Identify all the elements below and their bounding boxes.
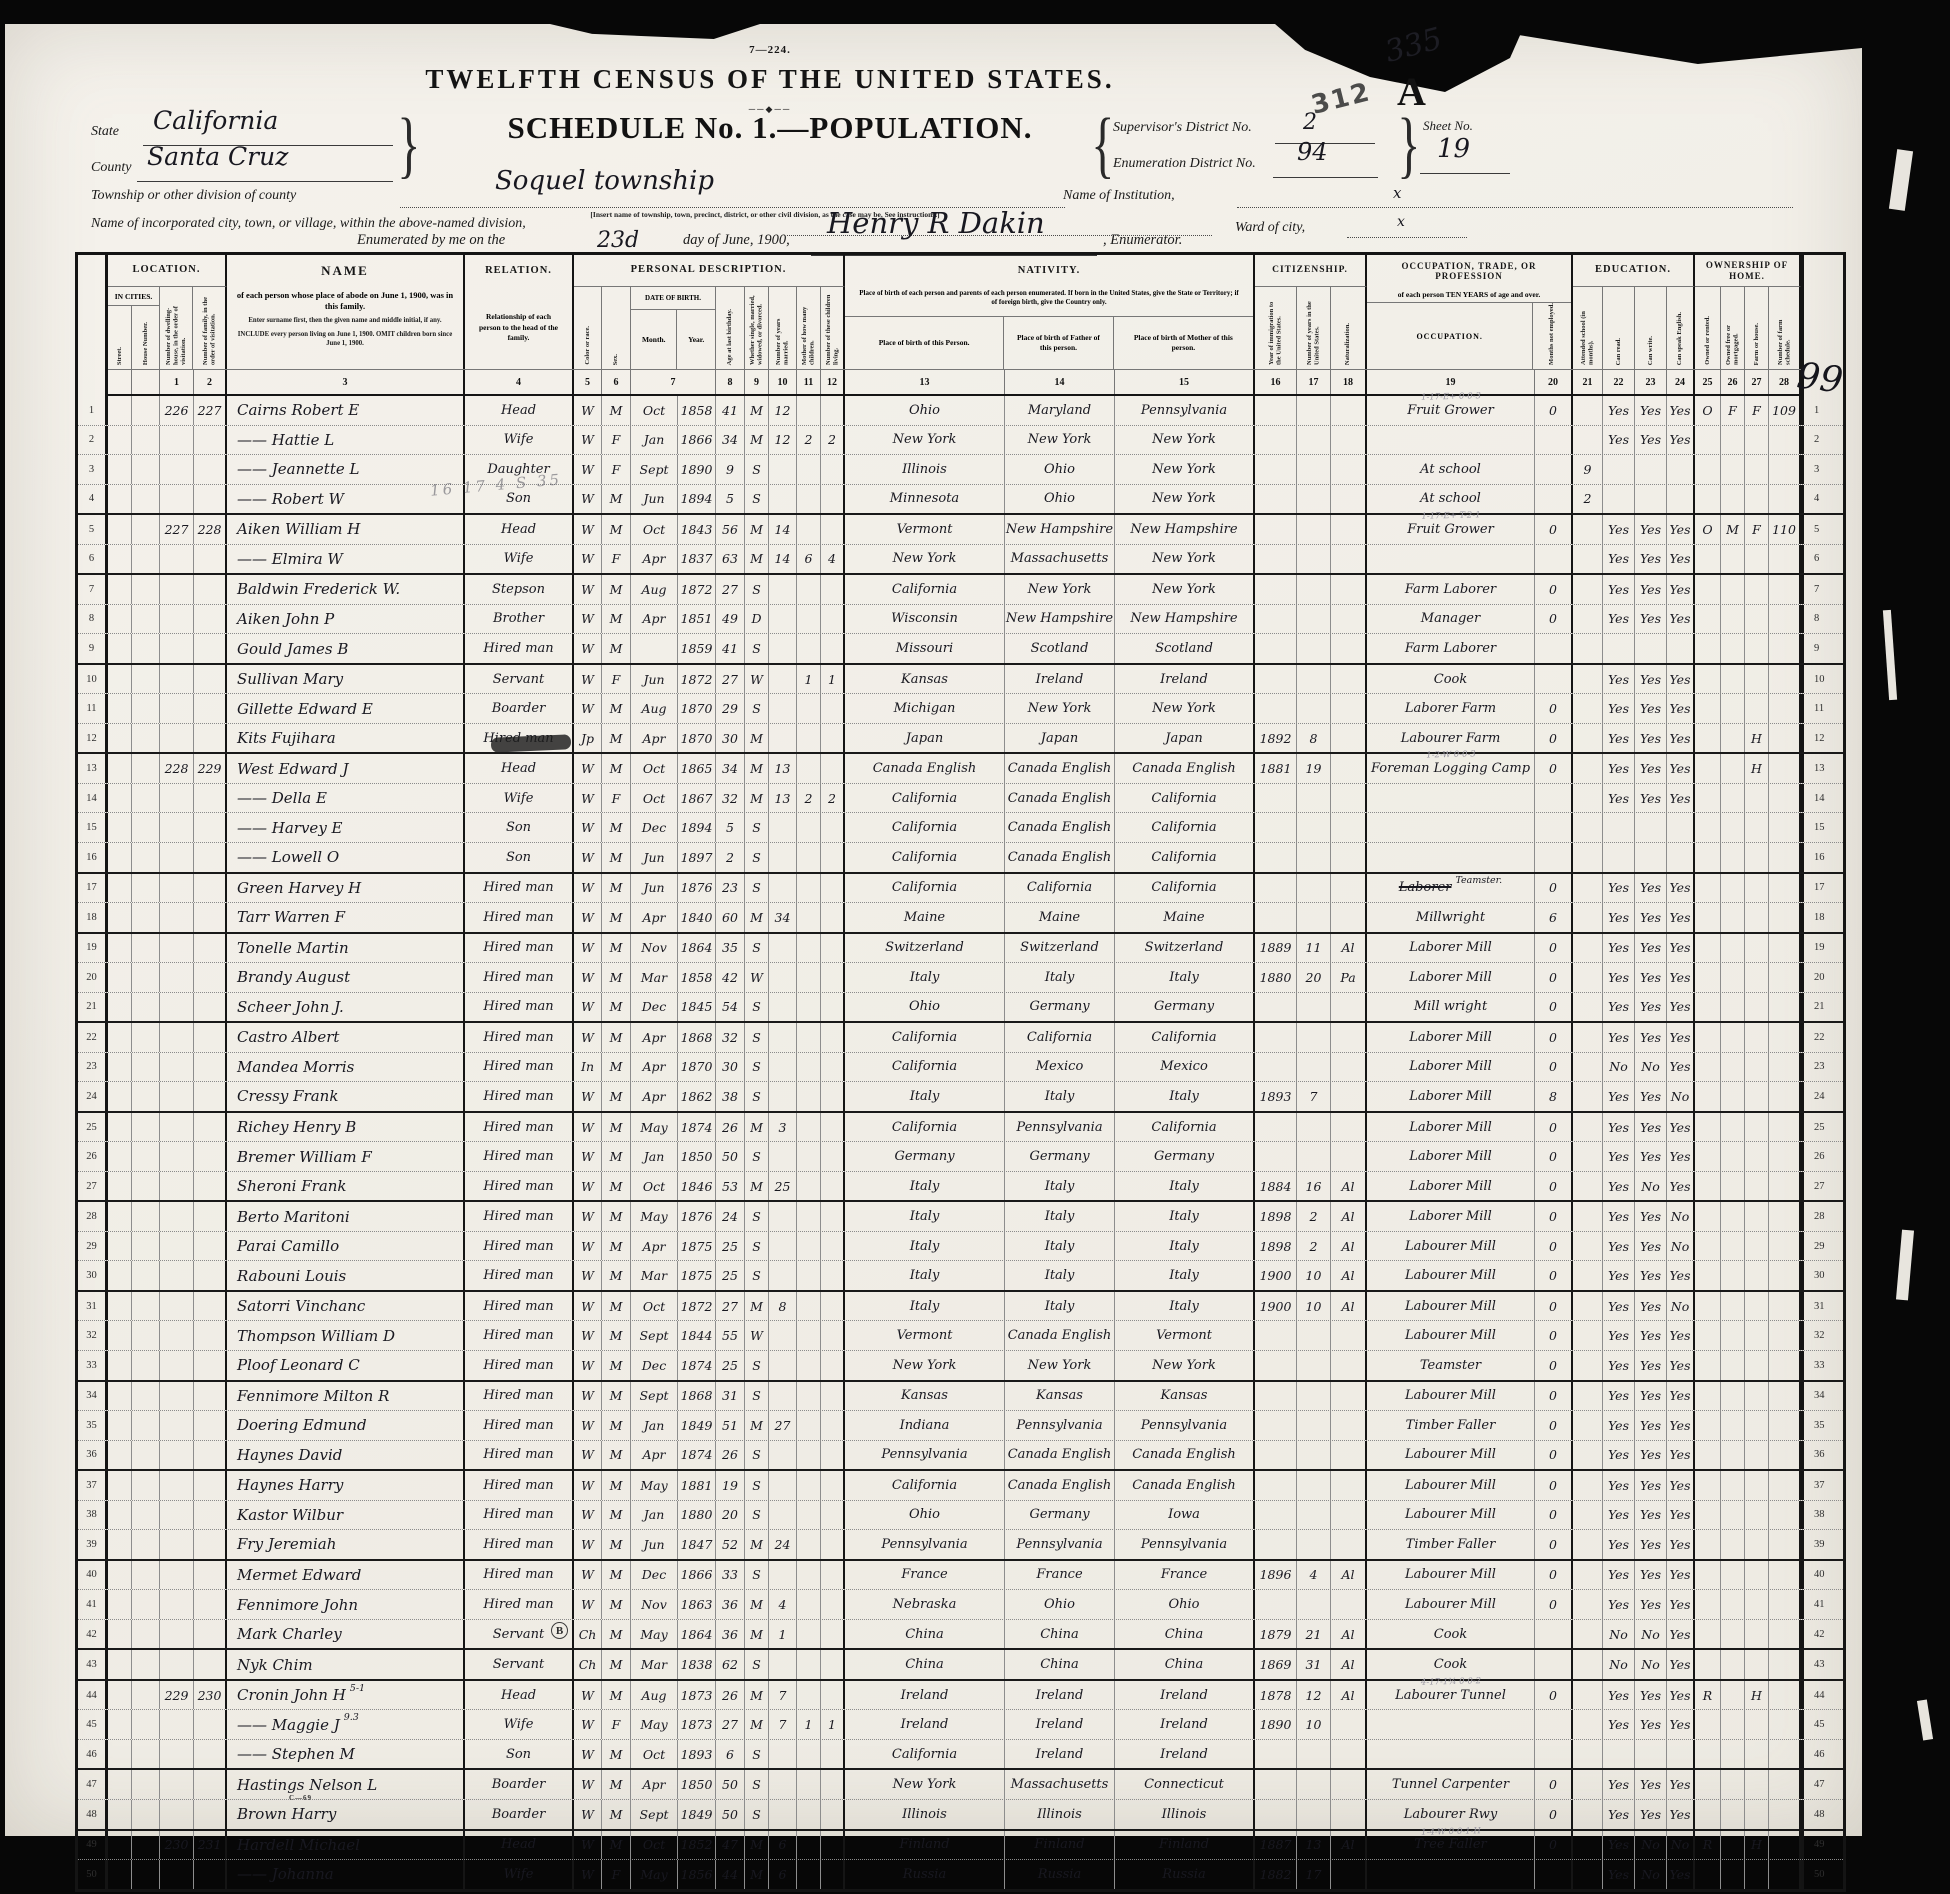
cell-immigration-year xyxy=(1255,396,1297,425)
cell-farm-schedule xyxy=(1769,1232,1801,1261)
cell-street xyxy=(108,754,132,783)
cell-birthplace-father: Germany xyxy=(1005,1501,1115,1530)
cell-naturalization xyxy=(1331,1142,1367,1171)
row-number-right: 44 xyxy=(1801,1681,1843,1710)
table-row: 48Brown HarryBoarderWMSept184950SIllinoi… xyxy=(78,1800,1843,1831)
cell-months-not-employed: 0 xyxy=(1535,1561,1573,1590)
cell-farm-schedule xyxy=(1769,1351,1801,1380)
table-row: 24Cressy FrankHired manWMApr186238SItaly… xyxy=(78,1082,1843,1113)
cell-marital-status: W xyxy=(745,665,769,694)
cell-birthplace-mother: China xyxy=(1115,1620,1255,1649)
cell-can-read xyxy=(1603,634,1635,663)
cell-color: W xyxy=(574,1261,602,1290)
cell-relation: Servant xyxy=(465,665,574,694)
cell-sex: M xyxy=(602,1351,631,1380)
table-header: LOCATION. NAME RELATION. PERSONAL DESCRI… xyxy=(78,255,1843,396)
cell-birthplace-father: Russia xyxy=(1005,1860,1115,1889)
cell-relation: Hired man xyxy=(465,1292,574,1321)
cell-sex: M xyxy=(602,1590,631,1619)
cell-farm-house xyxy=(1745,1561,1769,1590)
cell-free-mortgaged xyxy=(1721,784,1745,813)
cell-farm-house xyxy=(1745,1411,1769,1440)
cell-birth-year: 1875 xyxy=(678,1261,716,1290)
cell-birthplace-father: New York xyxy=(1005,426,1115,455)
cell-can-read: No xyxy=(1603,1053,1635,1082)
cell-can-write: Yes xyxy=(1635,1113,1667,1142)
cell-occupation xyxy=(1367,784,1535,813)
cell-birth-year: 1872 xyxy=(678,575,716,604)
row-number-right: 26 xyxy=(1801,1142,1843,1171)
cell-marital-status: M xyxy=(745,515,769,544)
cell-family-number xyxy=(194,1501,227,1530)
cell-years-in-us xyxy=(1297,1023,1331,1052)
cell-family-number xyxy=(194,1471,227,1500)
cell-months-not-employed: 0 xyxy=(1535,1681,1573,1710)
cell-years-in-us: 2 xyxy=(1297,1232,1331,1261)
cell-owned-rented xyxy=(1695,1261,1721,1290)
cell-can-read: No xyxy=(1603,1620,1635,1649)
cell-age: 30 xyxy=(716,1053,745,1082)
cell-name: Aiken William H xyxy=(227,515,465,544)
cell-birthplace-father: Germany xyxy=(1005,1142,1115,1171)
cell-sex: M xyxy=(602,963,631,992)
cell-birth-year: 1870 xyxy=(678,694,716,723)
row-number-right: 30 xyxy=(1801,1261,1843,1290)
cell-color: W xyxy=(574,1441,602,1470)
cell-farm-schedule xyxy=(1769,784,1801,813)
cell-age: 25 xyxy=(716,1351,745,1380)
cell-house-number xyxy=(132,1860,160,1889)
cell-birth-month: Aug xyxy=(631,694,678,723)
cell-family-number: 227 xyxy=(194,396,227,425)
cell-can-speak-english: Yes xyxy=(1667,515,1695,544)
cell-marital-status: S xyxy=(745,1202,769,1231)
cell-sex: M xyxy=(602,1501,631,1530)
cell-years-in-us xyxy=(1297,1351,1331,1380)
cell-sex: M xyxy=(602,1650,631,1679)
cell-can-write: Yes xyxy=(1635,903,1667,932)
cell-birthplace-father: Pennsylvania xyxy=(1005,1411,1115,1440)
cell-color: W xyxy=(574,1860,602,1889)
cell-naturalization xyxy=(1331,1471,1367,1500)
table-row: 1226227Cairns Robert EHeadWMOct185841M12… xyxy=(78,396,1843,426)
location-group-title: LOCATION. xyxy=(108,255,227,287)
cell-children-living xyxy=(821,1831,845,1860)
cell-can-speak-english xyxy=(1667,843,1695,872)
cell-months-not-employed: 0 xyxy=(1535,1113,1573,1142)
cell-dwelling-number xyxy=(160,605,194,634)
cell-attended-school xyxy=(1573,515,1603,544)
table-row: 41Fennimore JohnHired manWMNov186336M4Ne… xyxy=(78,1590,1843,1620)
column-number-8: 8 xyxy=(716,370,745,394)
cell-can-read: Yes xyxy=(1603,963,1635,992)
cell-can-read: Yes xyxy=(1603,665,1635,694)
table-row: 2—— Hattie LWifeWFJan186634M1222New York… xyxy=(78,426,1843,456)
cell-birthplace-person: Italy xyxy=(845,1292,1005,1321)
row-number-right: 2 xyxy=(1801,426,1843,455)
table-row: 47Hastings Nelson LBoarderWMApr185050SNe… xyxy=(78,1770,1843,1800)
sheet-label: Sheet No. xyxy=(1423,118,1473,134)
cell-birth-month: Jun xyxy=(631,874,678,903)
cell-birth-month: Apr xyxy=(631,1082,678,1111)
cell-naturalization xyxy=(1331,843,1367,872)
cell-sex: F xyxy=(602,455,631,484)
cell-birthplace-person: Maine xyxy=(845,903,1005,932)
cell-birthplace-mother: Germany xyxy=(1115,1142,1255,1171)
cell-occupation xyxy=(1367,1710,1535,1739)
dob-label: DATE OF BIRTH. xyxy=(631,287,715,310)
cell-naturalization xyxy=(1331,396,1367,425)
cell-birth-year: 1866 xyxy=(678,1561,716,1590)
cell-birth-year: 1865 xyxy=(678,754,716,783)
row-number-left: 33 xyxy=(78,1351,108,1380)
cell-mother-of xyxy=(797,1382,821,1411)
cell-sex: M xyxy=(602,1321,631,1350)
cell-farm-house xyxy=(1745,1232,1769,1261)
cell-dwelling-number: 226 xyxy=(160,396,194,425)
cell-relation: Servant xyxy=(465,1650,574,1679)
cell-free-mortgaged xyxy=(1721,843,1745,872)
cell-can-read xyxy=(1603,1740,1635,1769)
row-number-right: 29 xyxy=(1801,1232,1843,1261)
cell-birthplace-mother: California xyxy=(1115,784,1255,813)
cell-months-not-employed: 0 xyxy=(1535,1831,1573,1860)
rownum-header-left xyxy=(78,255,108,396)
cell-months-not-employed: 0 xyxy=(1535,1172,1573,1201)
cell-marital-status: S xyxy=(745,1441,769,1470)
cell-owned-rented xyxy=(1695,903,1721,932)
cell-immigration-year: 1884 xyxy=(1255,1172,1297,1201)
cell-family-number xyxy=(194,724,227,753)
cell-street xyxy=(108,1860,132,1889)
cell-street xyxy=(108,1441,132,1470)
cell-can-write: Yes xyxy=(1635,1321,1667,1350)
cell-birthplace-father: Italy xyxy=(1005,1082,1115,1111)
row-number-right: 14 xyxy=(1801,784,1843,813)
cell-farm-schedule xyxy=(1769,665,1801,694)
cell-can-write: Yes xyxy=(1635,1800,1667,1829)
cell-age: 42 xyxy=(716,963,745,992)
cell-age: 53 xyxy=(716,1172,745,1201)
cell-family-number xyxy=(194,605,227,634)
cell-birth-year: 1873 xyxy=(678,1710,716,1739)
row-number-left: 25 xyxy=(78,1113,108,1142)
table-row: 46—— Stephen MSonWMOct18936SCaliforniaIr… xyxy=(78,1740,1843,1771)
cell-relation: Hired man xyxy=(465,1501,574,1530)
cell-name: Nyk Chim xyxy=(227,1650,465,1679)
cell-can-read xyxy=(1603,455,1635,484)
cell-age: 20 xyxy=(716,1501,745,1530)
cell-birthplace-person: Italy xyxy=(845,1172,1005,1201)
cell-free-mortgaged xyxy=(1721,1053,1745,1082)
cell-birthplace-mother: Germany xyxy=(1115,993,1255,1022)
cell-years-married: 6 xyxy=(769,1860,797,1889)
cell-attended-school xyxy=(1573,724,1603,753)
cell-birthplace-person: New York xyxy=(845,426,1005,455)
cell-birth-month: Apr xyxy=(631,724,678,753)
cell-family-number xyxy=(194,1142,227,1171)
row-number-right: 23 xyxy=(1801,1053,1843,1082)
cell-attended-school xyxy=(1573,1202,1603,1231)
cell-immigration-year: 1893 xyxy=(1255,1082,1297,1111)
cell-dwelling-number: 230 xyxy=(160,1831,194,1860)
cell-farm-schedule xyxy=(1769,1202,1801,1231)
cell-sex: M xyxy=(602,1113,631,1142)
cell-color: W xyxy=(574,1770,602,1799)
cell-birth-year: 1858 xyxy=(678,396,716,425)
cell-months-not-employed: 0 xyxy=(1535,1232,1573,1261)
cell-relation: Boarder xyxy=(465,694,574,723)
cell-free-mortgaged xyxy=(1721,1471,1745,1500)
cell-owned-rented xyxy=(1695,963,1721,992)
sex-column-label: Sex. xyxy=(612,354,619,365)
education-group-title: EDUCATION. xyxy=(1573,255,1695,287)
cell-immigration-year xyxy=(1255,903,1297,932)
cell-birthplace-person: Indiana xyxy=(845,1411,1005,1440)
cell-sex: M xyxy=(602,903,631,932)
cell-can-write: Yes xyxy=(1635,1590,1667,1619)
column-number-1: 1 xyxy=(160,370,194,394)
cell-birthplace-person: California xyxy=(845,843,1005,872)
cell-birth-month: Apr xyxy=(631,903,678,932)
cell-occupation: Timber Faller xyxy=(1367,1530,1535,1559)
cell-birth-month: Sept xyxy=(631,1382,678,1411)
cell-can-write: Yes xyxy=(1635,963,1667,992)
cell-attended-school xyxy=(1573,605,1603,634)
cell-dwelling-number xyxy=(160,634,194,663)
cell-naturalization xyxy=(1331,575,1367,604)
column-number-20: 20 xyxy=(1535,370,1573,394)
naturalization-column-label: Naturalization. xyxy=(1344,323,1351,365)
cell-birthplace-person: California xyxy=(845,1471,1005,1500)
cell-family-number xyxy=(194,1321,227,1350)
cell-farm-schedule xyxy=(1769,1831,1801,1860)
cell-birth-year: 1852 xyxy=(678,1831,716,1860)
cell-can-speak-english: Yes xyxy=(1667,1351,1695,1380)
scan-speckle xyxy=(1896,1230,1914,1301)
cell-age: 29 xyxy=(716,694,745,723)
cell-family-number xyxy=(194,1113,227,1142)
cell-can-write: Yes xyxy=(1635,1142,1667,1171)
scan-speckle xyxy=(1889,149,1913,211)
cell-naturalization xyxy=(1331,1382,1367,1411)
cell-free-mortgaged xyxy=(1721,1831,1745,1860)
cell-birthplace-father: Finland xyxy=(1005,1831,1115,1860)
cell-owned-rented xyxy=(1695,754,1721,783)
cell-name: Hastings Nelson L xyxy=(227,1770,465,1799)
cell-relation: Wife xyxy=(465,426,574,455)
cell-mother-of xyxy=(797,1530,821,1559)
cell-farm-schedule xyxy=(1769,993,1801,1022)
cell-can-write: No xyxy=(1635,1650,1667,1679)
row-number-right: 43 xyxy=(1801,1650,1843,1679)
cell-occupation: Labourer Rwy xyxy=(1367,1800,1535,1829)
cell-dwelling-number xyxy=(160,934,194,963)
mother-of-column-label: Mother of how many children. xyxy=(801,293,816,365)
row-number-right: 42 xyxy=(1801,1620,1843,1649)
cell-birth-year: 1838 xyxy=(678,1650,716,1679)
row-number-right: 45 xyxy=(1801,1710,1843,1739)
cell-immigration-year xyxy=(1255,784,1297,813)
cell-occupation: Laborer Mill xyxy=(1367,1202,1535,1231)
cell-free-mortgaged xyxy=(1721,1142,1745,1171)
table-row: 11Gillette Edward EBoarderWMAug187029SMi… xyxy=(78,694,1843,724)
cell-months-not-employed: 0 xyxy=(1535,1800,1573,1829)
cell-dwelling-number xyxy=(160,1261,194,1290)
cell-attended-school xyxy=(1573,1441,1603,1470)
cell-farm-house xyxy=(1745,1530,1769,1559)
cell-birth-month: May xyxy=(631,1471,678,1500)
cell-dwelling-number xyxy=(160,1411,194,1440)
cell-birth-month: Oct xyxy=(631,1740,678,1769)
cell-age: 62 xyxy=(716,1650,745,1679)
cell-can-write: Yes xyxy=(1635,724,1667,753)
cell-sex: M xyxy=(602,396,631,425)
cell-color: W xyxy=(574,545,602,574)
birth-mother-column-label: Place of birth of Mother of this person. xyxy=(1114,317,1253,369)
cell-occupation: Laborer Mill xyxy=(1367,1113,1535,1142)
cell-years-married: 7 xyxy=(769,1710,797,1739)
cell-months-not-employed xyxy=(1535,1740,1573,1769)
cell-sex: F xyxy=(602,426,631,455)
cell-children-living xyxy=(821,903,845,932)
table-body: 1226227Cairns Robert EHeadWMOct185841M12… xyxy=(78,396,1843,1889)
cell-years-married xyxy=(769,485,797,514)
scan-speckle xyxy=(1883,610,1897,700)
cell-house-number xyxy=(132,1142,160,1171)
cell-age: 9 xyxy=(716,455,745,484)
cell-street xyxy=(108,694,132,723)
cell-birth-month: Jun xyxy=(631,843,678,872)
cell-naturalization: Pa xyxy=(1331,963,1367,992)
ward-line xyxy=(1347,236,1467,238)
cell-farm-house xyxy=(1745,605,1769,634)
cell-street xyxy=(108,1382,132,1411)
row-number-right: 17 xyxy=(1801,874,1843,903)
cell-sex: F xyxy=(602,665,631,694)
cell-owned-rented xyxy=(1695,694,1721,723)
cell-immigration-year: 1881 xyxy=(1255,754,1297,783)
table-row: 4—— Robert WSonWMJun18945SMinnesotaOhioN… xyxy=(78,485,1843,516)
table-row: 7Baldwin Frederick W.StepsonWMAug187227S… xyxy=(78,575,1843,605)
cell-free-mortgaged xyxy=(1721,1261,1745,1290)
row-number-left: 38 xyxy=(78,1501,108,1530)
cell-family-number xyxy=(194,1740,227,1769)
cell-mother-of xyxy=(797,1411,821,1440)
cell-free-mortgaged xyxy=(1721,575,1745,604)
marital-column-label: Whether single, married, widowed, or div… xyxy=(749,293,764,365)
cell-sex: F xyxy=(602,545,631,574)
cell-birth-month: Apr xyxy=(631,1023,678,1052)
cell-can-write: Yes xyxy=(1635,1681,1667,1710)
cell-house-number xyxy=(132,545,160,574)
cell-birthplace-mother: New York xyxy=(1115,545,1255,574)
cell-farm-house xyxy=(1745,813,1769,842)
cell-birth-year: 1837 xyxy=(678,545,716,574)
cell-color: W xyxy=(574,1321,602,1350)
cell-age: 32 xyxy=(716,1023,745,1052)
cell-can-read: Yes xyxy=(1603,1321,1635,1350)
cell-dwelling-number xyxy=(160,1650,194,1679)
ward-label: Ward of city, xyxy=(1235,220,1305,236)
cell-naturalization: Al xyxy=(1331,1681,1367,1710)
cell-naturalization xyxy=(1331,694,1367,723)
cell-owned-rented xyxy=(1695,634,1721,663)
cell-naturalization xyxy=(1331,1411,1367,1440)
cell-can-read: Yes xyxy=(1603,1202,1635,1231)
cell-dwelling-number xyxy=(160,903,194,932)
table-row: 26Bremer William FHired manWMJan185050SG… xyxy=(78,1142,1843,1172)
cell-children-living: 4 xyxy=(821,545,845,574)
cell-color: W xyxy=(574,1590,602,1619)
cell-dwelling-number xyxy=(160,1232,194,1261)
cell-birthplace-father: Canada English xyxy=(1005,1321,1115,1350)
cell-years-married xyxy=(769,1441,797,1470)
cell-naturalization: Al xyxy=(1331,1232,1367,1261)
cell-birth-month: Jan xyxy=(631,426,678,455)
cell-street xyxy=(108,455,132,484)
cell-years-married xyxy=(769,1740,797,1769)
cell-months-not-employed: 0 xyxy=(1535,1321,1573,1350)
cell-years-married xyxy=(769,1501,797,1530)
cell-farm-schedule xyxy=(1769,605,1801,634)
row-number-left: 47 xyxy=(78,1770,108,1799)
cell-birthplace-person: Kansas xyxy=(845,665,1005,694)
cell-can-write: Yes xyxy=(1635,1232,1667,1261)
row-number-left: 31 xyxy=(78,1292,108,1321)
cell-farm-schedule xyxy=(1769,426,1801,455)
cell-color: W xyxy=(574,963,602,992)
cell-sex: M xyxy=(602,515,631,544)
cell-can-write: Yes xyxy=(1635,694,1667,723)
cell-birth-year: 1876 xyxy=(678,874,716,903)
row-number-left: 35 xyxy=(78,1411,108,1440)
cell-marital-status: S xyxy=(745,634,769,663)
cell-free-mortgaged xyxy=(1721,1710,1745,1739)
cell-family-number xyxy=(194,1800,227,1829)
cell-years-married: 12 xyxy=(769,396,797,425)
cell-birth-year: 1890 xyxy=(678,455,716,484)
cell-marital-status: S xyxy=(745,485,769,514)
row-number-right: 33 xyxy=(1801,1351,1843,1380)
cell-can-speak-english: Yes xyxy=(1667,1441,1695,1470)
row-number-left: 15 xyxy=(78,813,108,842)
cell-birthplace-father: California xyxy=(1005,874,1115,903)
relation-group-title: RELATION. xyxy=(465,255,574,287)
table-row: 27Sheroni FrankHired manWMOct184653M25It… xyxy=(78,1172,1843,1203)
sheet-value: 19 xyxy=(1437,134,1470,164)
cell-family-number xyxy=(194,455,227,484)
township-value: Soquel township xyxy=(495,166,714,196)
table-row: 14—— Della EWifeWFOct186732M1322Californ… xyxy=(78,784,1843,814)
column-number-3: 3 xyxy=(227,370,465,394)
cell-sex: M xyxy=(602,605,631,634)
cell-can-read: Yes xyxy=(1603,754,1635,783)
cell-occupation: 1-17-E+ T-2-1Fruit Grower xyxy=(1367,515,1535,544)
cell-birth-year: 1844 xyxy=(678,1321,716,1350)
cell-birthplace-person: California xyxy=(845,1740,1005,1769)
cell-birth-month: Apr xyxy=(631,1441,678,1470)
cell-name: Haynes David xyxy=(227,1441,465,1470)
cell-street xyxy=(108,545,132,574)
cell-immigration-year xyxy=(1255,1740,1297,1769)
cell-color: W xyxy=(574,485,602,514)
cell-free-mortgaged xyxy=(1721,1650,1745,1679)
cell-name: —— Harvey E xyxy=(227,813,465,842)
cell-birthplace-person: Pennsylvania xyxy=(845,1441,1005,1470)
scan-speckle xyxy=(1917,1699,1933,1740)
cell-can-speak-english: Yes xyxy=(1667,1261,1695,1290)
